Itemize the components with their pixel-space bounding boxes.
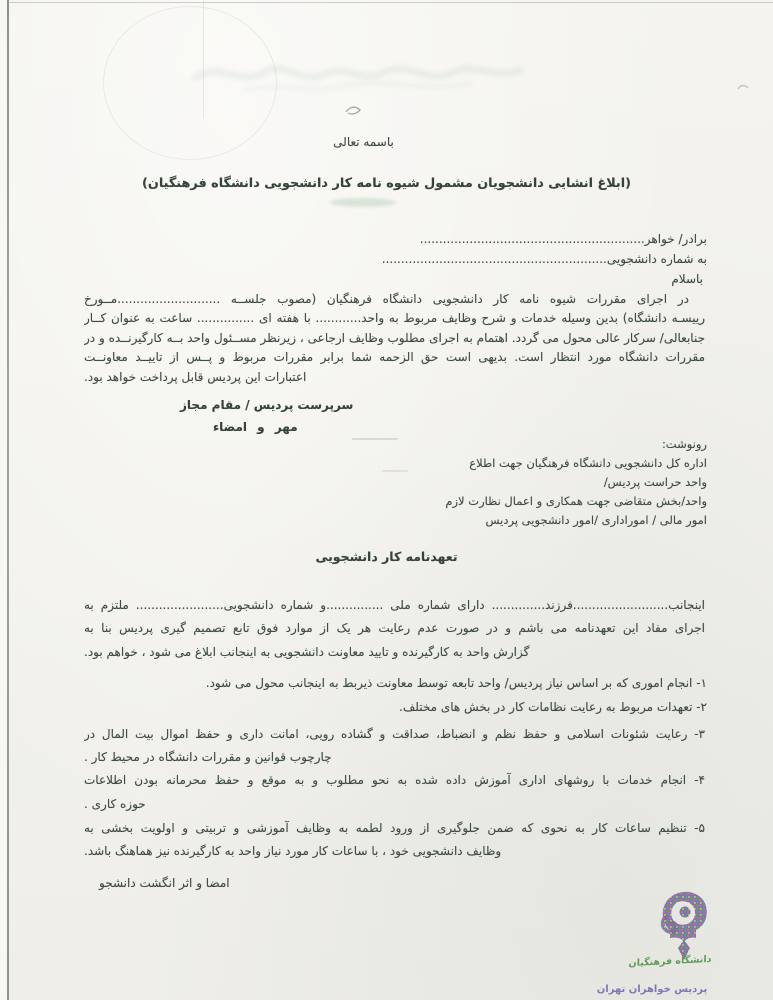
- farhangian-university-logo-icon: [648, 886, 720, 962]
- body-line: رییسـه دانشگاه) بدین وسیله خدمات و شرح و…: [84, 310, 705, 327]
- copies-item: امور مالی / اموراداری /امور دانشجویی پرد…: [485, 512, 707, 528]
- pen-mark: [736, 82, 750, 92]
- pledge-item-5-line-2: وظایف دانشجویی خود ، با ساعات کار مورد ن…: [84, 843, 501, 859]
- faint-dash: [382, 470, 408, 472]
- letter-title: (ابلاغ انشایی دانشجویان مشمول شیوه نامه …: [0, 176, 773, 192]
- signature-seal-note: مهر و امضاء: [213, 419, 298, 435]
- pledge-item-5-line-1: ۵- تنظیم ساعات کار به نحوی که ضمن جلوگیر…: [84, 820, 705, 837]
- logo-caption: دانشگاه فرهنگیان: [618, 953, 722, 969]
- pledge-item-1: ۱- انجام اموری که بر اساس نیاز پردیس/ وا…: [206, 675, 707, 691]
- student-number-line: به شماره دانشجویی.......................…: [382, 251, 707, 267]
- pledge-item-4-line-2: حوزه کاری .: [84, 796, 146, 812]
- scan-top-edge-line: [7, 2, 773, 3]
- logo-subcaption: پردیس خواهران تهران: [592, 984, 712, 995]
- student-signature-note: امضا و اثر انگشت دانشجو: [99, 875, 230, 891]
- pledge-item-3-line-2: چارچوب قوانین و مقررات دانشگاه در محیط ک…: [84, 749, 332, 765]
- body-line: جنابعالی/ سرکار عالی محول می گردد. اهتما…: [84, 330, 705, 347]
- pledge-intro-line-last: گزارش واحد به کارگیرنده و تایید معاونت د…: [84, 644, 529, 660]
- signature-role: سرپرست پردیس / مقام مجاز: [180, 397, 353, 413]
- body-line-last: اعتبارات این پردیس قابل پرداخت خواهد بود…: [84, 369, 306, 385]
- pen-mark: [344, 104, 362, 116]
- pledge-intro-line: اجرای مفاد این تعهدنامه می باشم و در صور…: [84, 620, 705, 637]
- greeting: باسلام: [671, 271, 703, 287]
- scanned-letter-page: باسمه تعالی (ابلاغ انشایی دانشجویان مشمو…: [0, 0, 773, 1000]
- copies-item: اداره کل دانشجویی دانشگاه فرهنگیان جهت ا…: [469, 455, 707, 471]
- copies-label: رونوشت:: [662, 436, 707, 452]
- body-line: مقررات دانشگاه مورد انتظار است. بدیهی اس…: [84, 349, 705, 366]
- pledge-item-2: ۲- تعهدات مربوط به رعایت نظامات کار در ب…: [399, 699, 707, 715]
- pledge-title: تعهدنامه کار دانشجویی: [0, 549, 773, 565]
- ink-smudge: [330, 198, 396, 207]
- pledge-intro-line: اینجانب.........................فرزند...…: [84, 597, 705, 614]
- scan-margin-strip: [0, 0, 7, 1000]
- copies-item: واحد حراست پردیس/: [604, 474, 707, 490]
- bleedthrough-handwriting: [185, 48, 530, 98]
- copies-item: واحد/بخش متقاضی جهت همکاری و اعمال نظارت…: [445, 493, 707, 509]
- scan-edge-line: [7, 0, 9, 1000]
- faint-dash: [352, 438, 398, 440]
- bismillah: باسمه تعالی: [0, 134, 727, 150]
- pledge-item-3-line-1: ۳- رعایت شئونات اسلامی و حفظ نظم و انضبا…: [84, 726, 705, 743]
- pledge-item-4-line-1: ۴- انجام خدمات با روشهای اداری آموزش داد…: [84, 772, 705, 789]
- body-line: در اجرای مقررات شیوه نامه کار دانشجویی د…: [84, 291, 705, 308]
- recipient-line: برادر/ خواهر............................…: [420, 231, 707, 247]
